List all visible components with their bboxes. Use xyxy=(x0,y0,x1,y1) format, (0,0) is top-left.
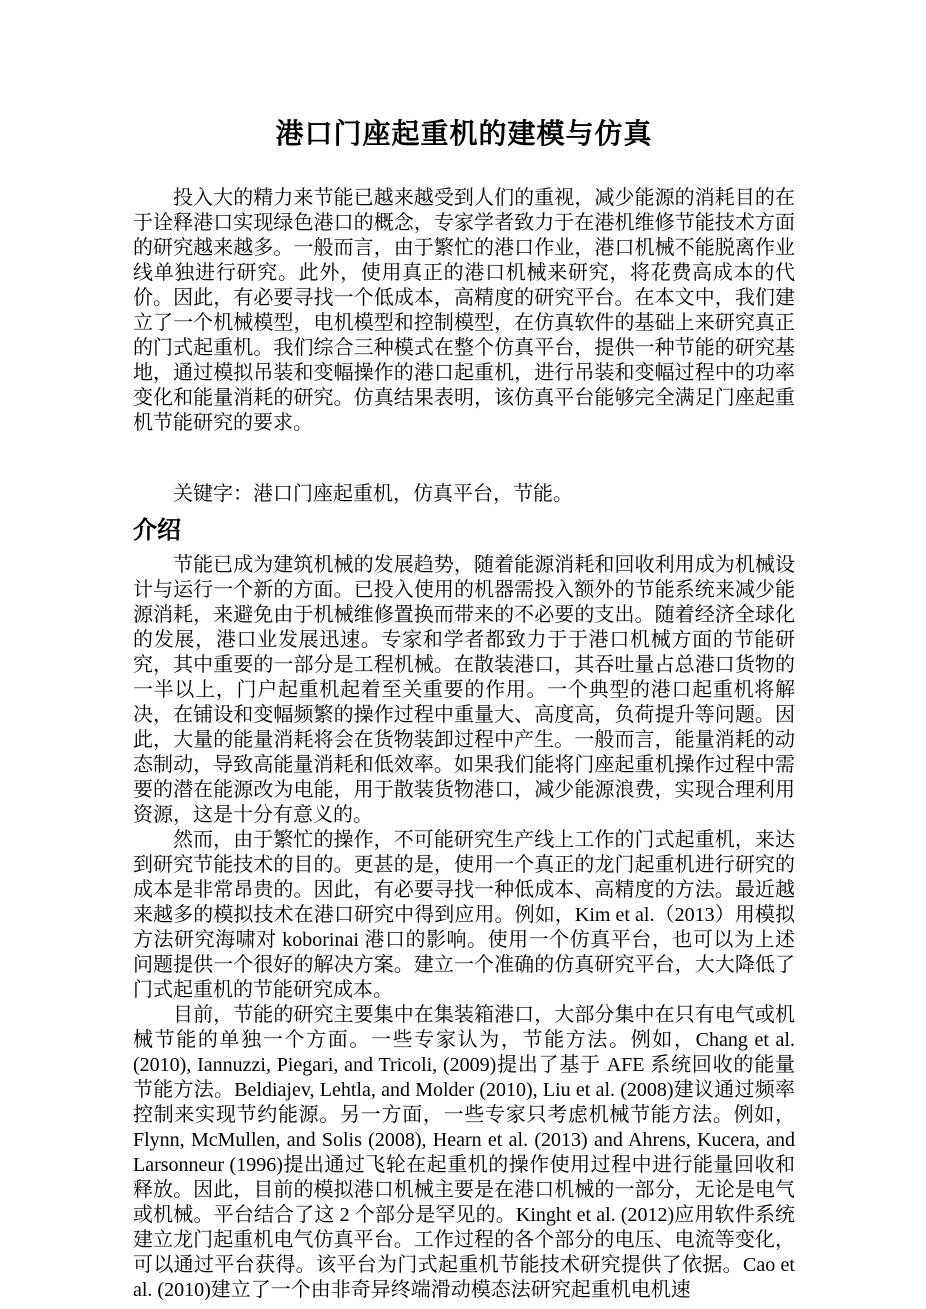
abstract-paragraph: 投入大的精力来节能已越来越受到人们的重视，减少能源的消耗目的在于诠释港口实现绿色… xyxy=(133,186,795,436)
intro-paragraph-1: 节能已成为建筑机械的发展趋势，随着能源消耗和回收利用成为机械设计与运行一个新的方… xyxy=(133,553,795,828)
page-title: 港口门座起重机的建模与仿真 xyxy=(133,116,795,152)
keywords-line: 关键字：港口门座起重机，仿真平台，节能。 xyxy=(133,482,795,507)
document-page: 港口门座起重机的建模与仿真 投入大的精力来节能已越来越受到人们的重视，减少能源的… xyxy=(0,0,926,1309)
intro-paragraph-3: 目前，节能的研究主要集中在集装箱港口，大部分集中在只有电气或机械节能的单独一个方… xyxy=(133,1003,795,1303)
intro-paragraph-2: 然而，由于繁忙的操作，不可能研究生产线上工作的门式起重机，来达到研究节能技术的目… xyxy=(133,828,795,1003)
section-heading-introduction: 介绍 xyxy=(133,515,795,547)
